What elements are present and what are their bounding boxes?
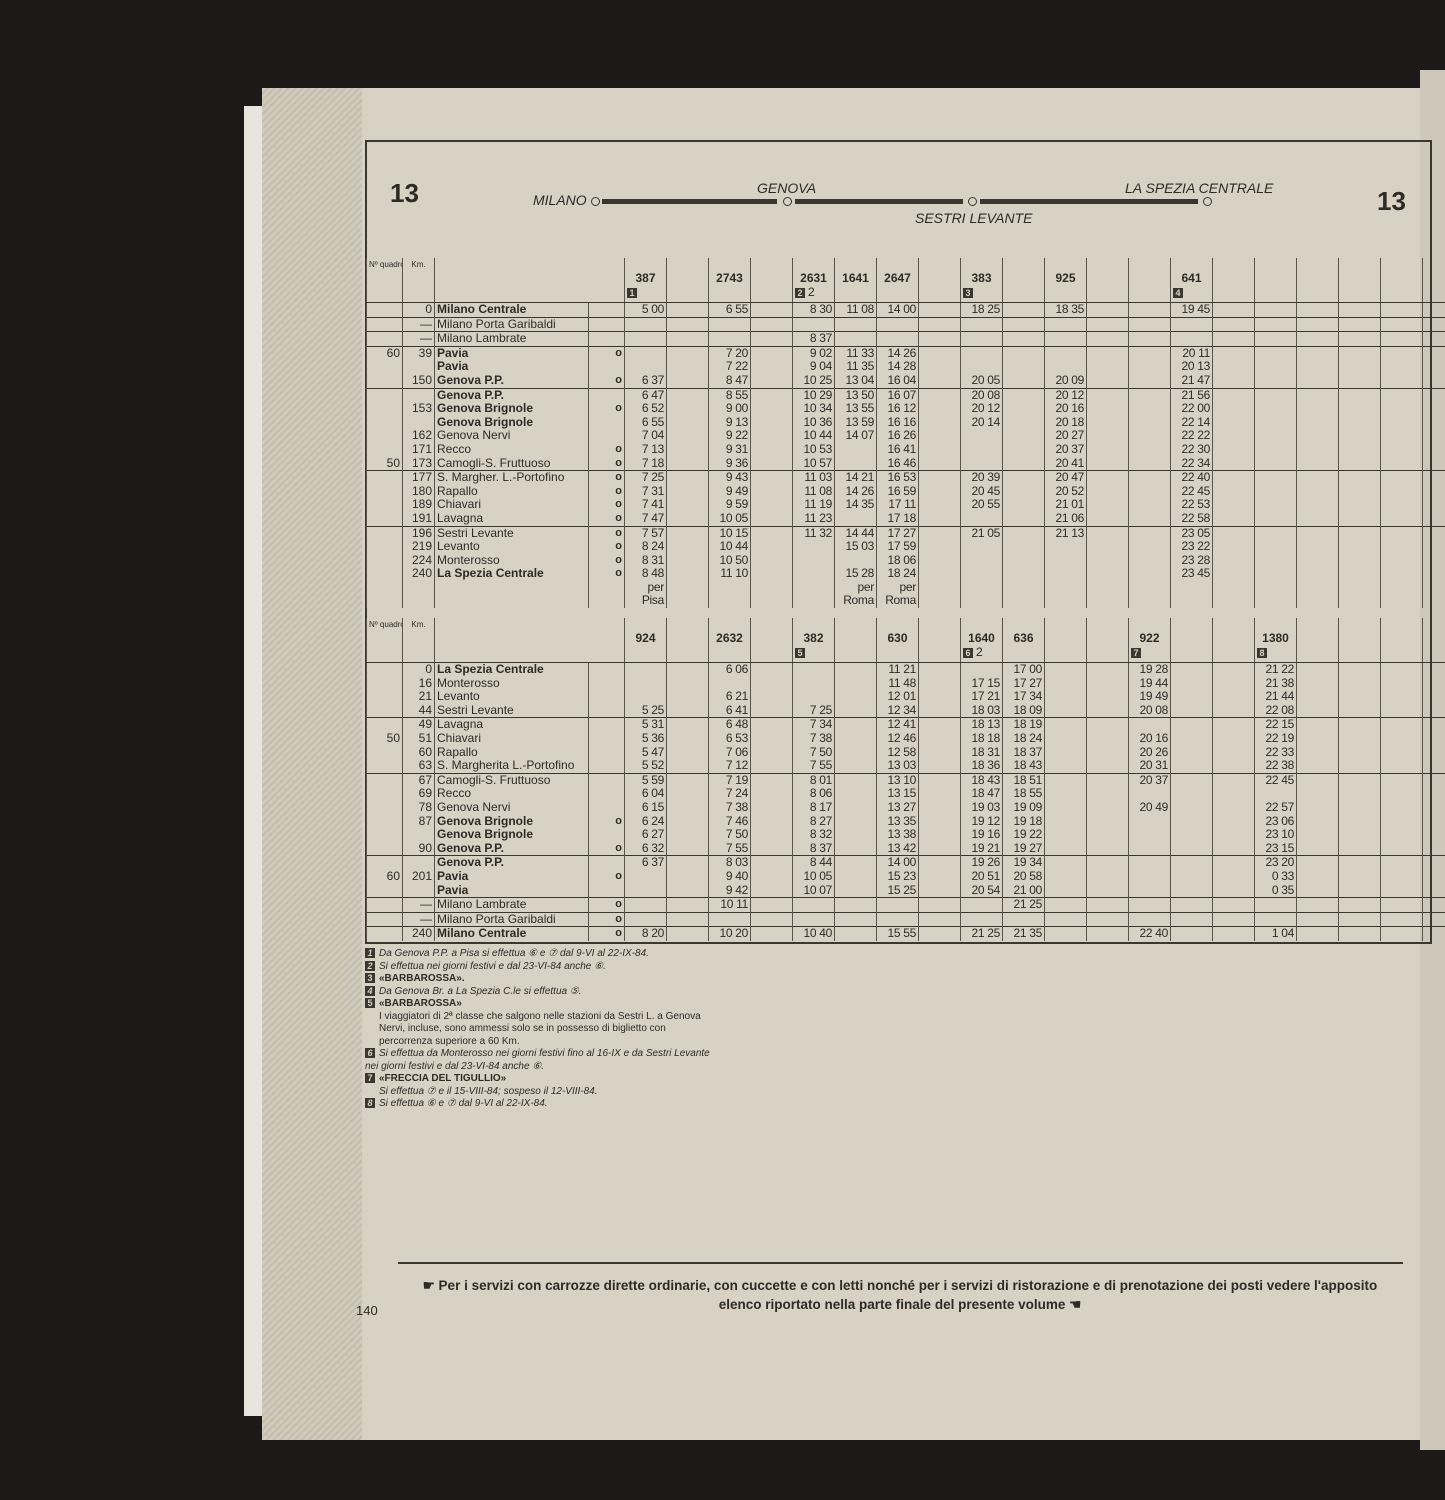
departure-time <box>1339 485 1381 499</box>
footnote-marker-icon: 4 <box>1173 288 1183 298</box>
station-name: Camogli-S. Fruttuoso <box>435 457 589 471</box>
train-number: 925 <box>1047 272 1084 286</box>
departure-time <box>1423 912 1445 927</box>
station-name: Recco <box>435 787 589 801</box>
departure-time <box>919 912 961 927</box>
departure-time <box>1423 815 1445 829</box>
km-value <box>403 884 435 898</box>
station-marker <box>589 581 625 595</box>
departure-time: 19 45 <box>1171 303 1213 318</box>
departure-time <box>1381 443 1423 457</box>
departure-time <box>793 663 835 677</box>
departure-time <box>667 567 709 581</box>
timetable-row: —Milano Porta Garibaldi <box>367 317 1445 332</box>
departure-time: 8 27 <box>793 815 835 829</box>
departure-time <box>1423 512 1445 526</box>
station-name: Genova P.P. <box>435 388 589 402</box>
departure-time <box>667 801 709 815</box>
departure-time <box>1339 498 1381 512</box>
departure-time <box>1087 485 1129 499</box>
departure-time <box>667 594 709 608</box>
departure-time: 8 47 <box>709 374 751 388</box>
circle-icon: o <box>615 347 622 361</box>
departure-time <box>1423 842 1445 856</box>
departure-time: 6 27 <box>625 828 667 842</box>
departure-time <box>1381 801 1423 815</box>
departure-time <box>667 912 709 927</box>
route-station-la-spezia: LA SPEZIA CENTRALE <box>1125 180 1273 196</box>
departure-time: 20 16 <box>1045 402 1087 416</box>
departure-time: 7 22 <box>709 360 751 374</box>
departure-time <box>1423 828 1445 842</box>
train-column-header: 630 <box>877 618 919 663</box>
departure-time: 20 31 <box>1129 759 1171 773</box>
departure-time <box>1171 718 1213 732</box>
timetable-row: Pavia7 229 0411 3514 2820 13 <box>367 360 1445 374</box>
footnote: 4Da Genova Br. a La Spezia C.le si effet… <box>365 986 710 999</box>
departure-time <box>877 898 919 913</box>
departure-time <box>1423 498 1445 512</box>
departure-time <box>1297 927 1339 941</box>
km-value: 0 <box>403 303 435 318</box>
departure-time: 18 25 <box>961 303 1003 318</box>
departure-time <box>751 828 793 842</box>
departure-time <box>1171 787 1213 801</box>
station-marker <box>589 856 625 870</box>
departure-time <box>1213 856 1255 870</box>
departure-time <box>1171 773 1213 787</box>
departure-time <box>1297 457 1339 471</box>
departure-time <box>709 332 751 347</box>
departure-time <box>1255 429 1297 443</box>
departure-time: 19 12 <box>961 815 1003 829</box>
departure-time <box>919 677 961 691</box>
departure-time <box>919 526 961 540</box>
departure-time <box>667 870 709 884</box>
footnote: 1Da Genova P.P. a Pisa si effettua ⑥ e ⑦… <box>365 948 710 961</box>
departure-time <box>1129 554 1171 568</box>
departure-time <box>1297 594 1339 608</box>
quadro-number <box>367 471 403 485</box>
departure-time: 9 13 <box>709 416 751 430</box>
train-number: 1380 <box>1257 632 1294 646</box>
departure-time <box>1003 303 1045 318</box>
departure-time <box>1297 317 1339 332</box>
departure-time: 19 28 <box>1129 663 1171 677</box>
departure-time: 7 06 <box>709 746 751 760</box>
timetable-row: 177S. Margher. L.-Portofinoo7 259 4311 0… <box>367 471 1445 485</box>
departure-time <box>793 554 835 568</box>
departure-time <box>751 332 793 347</box>
departure-time: 14 44 <box>835 526 877 540</box>
train-number: 2743 <box>711 272 748 286</box>
departure-time: 7 41 <box>625 498 667 512</box>
departure-time <box>1087 801 1129 815</box>
departure-time <box>1297 759 1339 773</box>
footnote-marker-icon: 6 <box>963 648 973 658</box>
departure-time <box>751 704 793 718</box>
footnote: Si effettua ⑦ e il 15-VIII-84; sospeso i… <box>365 1086 710 1099</box>
footnote-text: Si effettua nei giorni festivi e dal 23-… <box>379 961 606 972</box>
departure-time <box>1339 884 1381 898</box>
departure-time <box>1003 512 1045 526</box>
departure-time <box>919 594 961 608</box>
departure-time <box>1129 374 1171 388</box>
departure-time: 19 21 <box>961 842 1003 856</box>
circle-icon: o <box>615 842 622 856</box>
km-value: 219 <box>403 540 435 554</box>
departure-time <box>1423 360 1445 374</box>
departure-time <box>667 746 709 760</box>
departure-time <box>625 884 667 898</box>
departure-time: 7 25 <box>625 471 667 485</box>
departure-time <box>1339 912 1381 927</box>
departure-time <box>1087 526 1129 540</box>
departure-time <box>1129 416 1171 430</box>
timetable-row: PisaRomaRoma <box>367 594 1445 608</box>
quadro-number <box>367 594 403 608</box>
train-column-header: 1641 <box>835 258 877 303</box>
train-column-header: 925 <box>1045 258 1087 303</box>
departure-time <box>667 732 709 746</box>
departure-time: 12 34 <box>877 704 919 718</box>
departure-time: 10 25 <box>793 374 835 388</box>
quadro-number <box>367 567 403 581</box>
quadro-number <box>367 718 403 732</box>
departure-time: 22 30 <box>1171 443 1213 457</box>
departure-time: 21 47 <box>1171 374 1213 388</box>
departure-time <box>1087 346 1129 360</box>
departure-time <box>1213 317 1255 332</box>
departure-time <box>709 912 751 927</box>
departure-time <box>1213 498 1255 512</box>
departure-time <box>1213 842 1255 856</box>
departure-time <box>1213 732 1255 746</box>
departure-time <box>1255 498 1297 512</box>
departure-time <box>1339 690 1381 704</box>
departure-time <box>1045 677 1087 691</box>
departure-time <box>1297 567 1339 581</box>
departure-time <box>1213 690 1255 704</box>
departure-time: 6 48 <box>709 718 751 732</box>
station-marker: o <box>589 374 625 388</box>
departure-time: 16 04 <box>877 374 919 388</box>
departure-time: 19 09 <box>1003 801 1045 815</box>
departure-time: 7 46 <box>709 815 751 829</box>
departure-time <box>751 512 793 526</box>
departure-time <box>1423 526 1445 540</box>
km-value: 39 <box>403 346 435 360</box>
departure-time <box>751 317 793 332</box>
departure-time <box>919 704 961 718</box>
departure-time: 22 53 <box>1171 498 1213 512</box>
station-marker: o <box>589 512 625 526</box>
quadro-number <box>367 856 403 870</box>
km-value: 44 <box>403 704 435 718</box>
route-header: 13 13 MILANO GENOVA SESTRI LEVANTE LA SP… <box>365 140 1432 257</box>
departure-time <box>1129 856 1171 870</box>
departure-time <box>751 732 793 746</box>
departure-time: 11 33 <box>835 346 877 360</box>
departure-time <box>1003 498 1045 512</box>
train-number: 382 <box>795 632 832 646</box>
departure-time: 11 48 <box>877 677 919 691</box>
station-dot-icon <box>591 197 600 206</box>
departure-time: 17 15 <box>961 677 1003 691</box>
station-name: Camogli-S. Fruttuoso <box>435 773 589 787</box>
train-number: 2631 <box>795 272 832 286</box>
train-column-header <box>1297 258 1339 303</box>
timetable-row: 50173Camogli-S. Fruttuosoo7 189 3610 571… <box>367 457 1445 471</box>
departure-time: 9 22 <box>709 429 751 443</box>
departure-time <box>1171 690 1213 704</box>
departure-time <box>919 360 961 374</box>
departure-time <box>667 416 709 430</box>
station-name: Genova Brignole <box>435 828 589 842</box>
quadro-number <box>367 898 403 913</box>
train-number: 1641 <box>837 272 874 286</box>
station-marker <box>589 828 625 842</box>
departure-time: 21 01 <box>1045 498 1087 512</box>
train-column-header: 636 <box>1003 618 1045 663</box>
departure-time: 22 00 <box>1171 402 1213 416</box>
departure-time: 0 35 <box>1255 884 1297 898</box>
departure-time <box>877 912 919 927</box>
station-marker: o <box>589 540 625 554</box>
departure-time <box>667 690 709 704</box>
train-number: 1640 <box>963 632 1000 646</box>
train-column-header: 13808 <box>1255 618 1297 663</box>
departure-time <box>1297 581 1339 595</box>
footnote-marker-icon: 1 <box>365 948 375 958</box>
departure-time <box>625 317 667 332</box>
departure-time: 9 36 <box>709 457 751 471</box>
departure-time <box>1129 498 1171 512</box>
departure-time <box>919 828 961 842</box>
station-name: Rapallo <box>435 485 589 499</box>
departure-time <box>1129 884 1171 898</box>
departure-time <box>1213 927 1255 941</box>
departure-time: per <box>625 581 667 595</box>
station-marker <box>589 690 625 704</box>
km-value: 63 <box>403 759 435 773</box>
departure-time <box>1087 471 1129 485</box>
departure-time <box>1423 374 1445 388</box>
departure-time <box>835 927 877 941</box>
departure-time <box>919 457 961 471</box>
circle-icon: o <box>615 498 622 512</box>
departure-time <box>667 815 709 829</box>
departure-time: 23 05 <box>1171 526 1213 540</box>
departure-time: 7 04 <box>625 429 667 443</box>
departure-time <box>1255 443 1297 457</box>
departure-time <box>1297 690 1339 704</box>
departure-time <box>1213 416 1255 430</box>
quadro-number <box>367 677 403 691</box>
departure-time <box>1129 402 1171 416</box>
departure-time: 10 44 <box>709 540 751 554</box>
departure-time <box>1087 732 1129 746</box>
station-marker: o <box>589 402 625 416</box>
departure-time <box>1213 471 1255 485</box>
station-name: Genova Nervi <box>435 801 589 815</box>
departure-time: 22 57 <box>1255 801 1297 815</box>
departure-time <box>1339 554 1381 568</box>
departure-time <box>1423 554 1445 568</box>
departure-time <box>1045 828 1087 842</box>
departure-time <box>961 581 1003 595</box>
departure-time <box>1381 787 1423 801</box>
departure-time <box>1213 773 1255 787</box>
departure-time: 16 12 <box>877 402 919 416</box>
departure-time <box>919 567 961 581</box>
timetable-row: 60Rapallo5 477 067 5012 5818 3118 3720 2… <box>367 746 1445 760</box>
departure-time: 0 33 <box>1255 870 1297 884</box>
departure-time <box>1339 443 1381 457</box>
departure-time: 15 23 <box>877 870 919 884</box>
departure-time: 11 03 <box>793 471 835 485</box>
departure-time <box>751 759 793 773</box>
departure-time <box>1171 581 1213 595</box>
departure-time: 22 22 <box>1171 429 1213 443</box>
km-value: 173 <box>403 457 435 471</box>
departure-time: 8 17 <box>793 801 835 815</box>
departure-time <box>1297 471 1339 485</box>
train-column-header: 164062 <box>961 618 1003 663</box>
departure-time: 9 40 <box>709 870 751 884</box>
departure-time <box>1129 594 1171 608</box>
departure-time <box>1045 801 1087 815</box>
departure-time: 16 59 <box>877 485 919 499</box>
departure-time <box>1213 332 1255 347</box>
departure-time: 1 04 <box>1255 927 1297 941</box>
departure-time <box>1381 332 1423 347</box>
departure-time <box>793 540 835 554</box>
departure-time <box>1423 677 1445 691</box>
timetable-row: Pavia9 4210 0715 2520 5421 000 35 <box>367 884 1445 898</box>
timetable-row: Genova Brignole6 559 1310 3613 5916 1620… <box>367 416 1445 430</box>
departure-time <box>1297 526 1339 540</box>
departure-time <box>961 332 1003 347</box>
departure-time <box>1255 512 1297 526</box>
quadro-number <box>367 759 403 773</box>
departure-time <box>1045 718 1087 732</box>
departure-time: 14 07 <box>835 429 877 443</box>
departure-time: 11 35 <box>835 360 877 374</box>
station-name: Milano Centrale <box>435 303 589 318</box>
circle-icon: o <box>615 540 622 554</box>
departure-time <box>1339 317 1381 332</box>
train-column-header: 3833 <box>961 258 1003 303</box>
departure-time <box>919 540 961 554</box>
departure-time <box>1423 471 1445 485</box>
departure-time <box>751 374 793 388</box>
departure-time <box>1213 429 1255 443</box>
departure-time: 23 06 <box>1255 815 1297 829</box>
departure-time <box>1087 594 1129 608</box>
departure-time <box>1045 732 1087 746</box>
departure-time: 20 27 <box>1045 429 1087 443</box>
departure-time: 20 11 <box>1171 346 1213 360</box>
departure-time <box>835 815 877 829</box>
circle-icon: o <box>615 815 622 829</box>
departure-time <box>1213 360 1255 374</box>
departure-time <box>919 773 961 787</box>
departure-time <box>961 567 1003 581</box>
departure-time <box>1423 663 1445 677</box>
departure-time: 11 08 <box>835 303 877 318</box>
departure-time <box>1381 485 1423 499</box>
departure-time <box>961 457 1003 471</box>
departure-time <box>919 927 961 941</box>
circle-icon: o <box>615 471 622 485</box>
departure-time <box>1423 581 1445 595</box>
departure-time <box>1171 842 1213 856</box>
departure-time: 7 19 <box>709 773 751 787</box>
station-marker <box>589 594 625 608</box>
departure-time <box>1255 912 1297 927</box>
departure-time <box>1129 360 1171 374</box>
station-name: Milano Centrale <box>435 927 589 941</box>
departure-time: 13 35 <box>877 815 919 829</box>
departure-time: 9 00 <box>709 402 751 416</box>
departure-time <box>1045 773 1087 787</box>
km-value: 177 <box>403 471 435 485</box>
departure-time: 21 38 <box>1255 677 1297 691</box>
departure-time <box>751 429 793 443</box>
departure-time: 18 47 <box>961 787 1003 801</box>
departure-time: 19 16 <box>961 828 1003 842</box>
departure-time <box>1381 773 1423 787</box>
km-value: 0 <box>403 663 435 677</box>
departure-time: 7 25 <box>793 704 835 718</box>
circle-icon: o <box>615 512 622 526</box>
departure-time: 21 22 <box>1255 663 1297 677</box>
departure-time: 7 55 <box>793 759 835 773</box>
departure-time <box>667 540 709 554</box>
station-name: Genova Brignole <box>435 815 589 829</box>
departure-time <box>1087 815 1129 829</box>
departure-time: 18 13 <box>961 718 1003 732</box>
departure-time <box>1213 828 1255 842</box>
km-value <box>403 360 435 374</box>
departure-time: 20 49 <box>1129 801 1171 815</box>
departure-time <box>1297 416 1339 430</box>
train-number: 387 <box>627 272 664 286</box>
departure-time <box>1339 801 1381 815</box>
footnote: 8Si effettua ⑥ e ⑦ dal 9-VI al 22-IX-84. <box>365 1098 710 1111</box>
departure-time <box>1087 787 1129 801</box>
departure-time <box>1045 884 1087 898</box>
departure-time <box>1129 332 1171 347</box>
departure-time: 7 50 <box>709 828 751 842</box>
departure-time <box>1129 526 1171 540</box>
departure-time <box>1297 718 1339 732</box>
departure-time <box>751 554 793 568</box>
km-value: — <box>403 898 435 913</box>
departure-time <box>1171 927 1213 941</box>
departure-time <box>1297 512 1339 526</box>
departure-time: 10 20 <box>709 927 751 941</box>
departure-time <box>1297 898 1339 913</box>
departure-time <box>1339 471 1381 485</box>
departure-time <box>1339 732 1381 746</box>
departure-time <box>1087 360 1129 374</box>
departure-time: 6 15 <box>625 801 667 815</box>
train-column-header: 3825 <box>793 618 835 663</box>
departure-time <box>1087 773 1129 787</box>
departure-time: 13 59 <box>835 416 877 430</box>
